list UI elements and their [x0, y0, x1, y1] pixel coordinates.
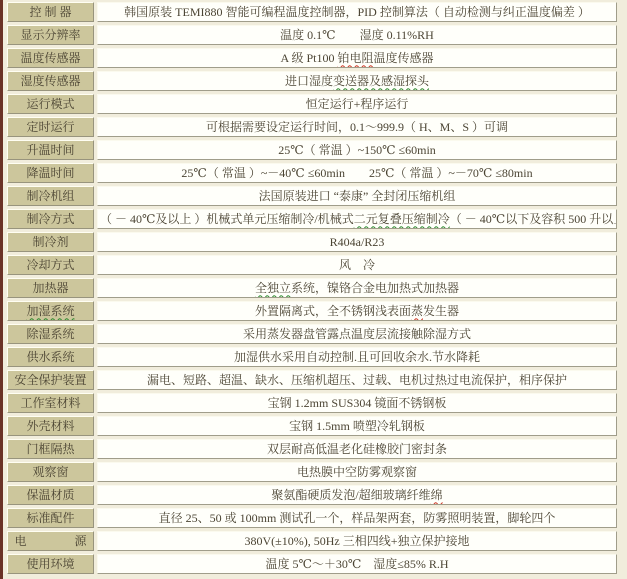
spec-label: 加湿系统 — [7, 301, 94, 321]
spec-label: 冷却方式 — [7, 255, 94, 275]
spec-row: 供水系统加湿供水采用自动控制.且可回收余水.节水降耗 — [7, 347, 617, 367]
spec-row: 加热器全独立系统，镍铬合金电加热式加热器 — [7, 278, 617, 298]
spec-value-segment: A 级 Pt100 — [280, 51, 337, 65]
spec-label: 降温时间 — [7, 163, 94, 183]
spec-label: 安全保护装置 — [7, 370, 94, 390]
spec-row: 制冷方式（ － 40℃及以上 ）机械式单元压缩制冷/机械式二元复叠压缩制冷（ －… — [7, 209, 617, 229]
spec-label: 制冷方式 — [7, 209, 94, 229]
spec-value-segment: 全独立 — [255, 281, 291, 295]
spec-label: 除湿系统 — [7, 324, 94, 344]
spec-row: 温度传感器A 级 Pt100 铂电阻温度传感器 — [7, 48, 617, 68]
spec-row: 门框隔热双层耐高低温老化硅橡胶门密封条 — [7, 439, 617, 459]
spec-value: 韩国原装 TEMI880 智能可编程温度控制器，PID 控制算法（ 自动检测与纠… — [97, 2, 617, 22]
spec-label: 保温材质 — [7, 485, 94, 505]
spec-value-segment: 二元复叠压缩制冷 — [354, 212, 450, 226]
spec-value: 外置隔离式，全不锈钢浅表面蒸发生器 — [97, 301, 617, 321]
spec-row: 湿度传感器进口湿度变送器及感湿探头 — [7, 71, 617, 91]
spec-value-segment: 进口湿度 — [285, 74, 333, 88]
spec-value-segment: 聚氨酯硬质发泡/超细玻璃纤维 — [271, 488, 430, 502]
spec-value: （ － 40℃及以上 ）机械式单元压缩制冷/机械式二元复叠压缩制冷（ － 40℃… — [97, 209, 617, 229]
spec-label: 工作室材料 — [7, 393, 94, 413]
spec-value-segment: 发生器 — [423, 304, 459, 318]
spec-page: 控 制 器韩国原装 TEMI880 智能可编程温度控制器，PID 控制算法（ 自… — [0, 0, 627, 579]
spec-row: 冷却方式风 冷 — [7, 255, 617, 275]
spec-table-body: 控 制 器韩国原装 TEMI880 智能可编程温度控制器，PID 控制算法（ 自… — [7, 2, 617, 574]
spec-label: 制冷机组 — [7, 186, 94, 206]
spec-label: 定时运行 — [7, 117, 94, 137]
spec-value-segment: （ － 40℃以下及容积 500 升以上 ） — [450, 212, 617, 226]
spec-label: 温度传感器 — [7, 48, 94, 68]
spec-label: 标准配件 — [7, 508, 94, 528]
spec-value: 温度 0.1℃ 湿度 0.11%RH — [97, 25, 617, 45]
spec-value: 宝钢 1.5mm 喷塑冷轧钢板 — [97, 416, 617, 436]
spec-row: 电 源380V(±10%), 50Hz 三相四线+独立保护接地 — [7, 531, 617, 551]
spec-label: 显示分辨率 — [7, 25, 94, 45]
spec-value-segment: 温度传感器 — [374, 51, 434, 65]
spec-value: 25℃（ 常温 ）~－40℃ ≤60min 25℃（ 常温 ）~－70℃ ≤80… — [97, 163, 617, 183]
spec-label: 加热器 — [7, 278, 94, 298]
spec-value-segment: 绵 — [431, 488, 443, 502]
spec-value: 进口湿度变送器及感湿探头 — [97, 71, 617, 91]
spec-row: 运行模式恒定运行+程序运行 — [7, 94, 617, 114]
spec-value: 宝钢 1.2mm SUS304 镜面不锈钢板 — [97, 393, 617, 413]
spec-label: 控 制 器 — [7, 2, 94, 22]
spec-value-segment: 蒸 — [411, 304, 423, 318]
spec-value-segment: 系统，镍铬合金电加热式加热器 — [291, 281, 459, 295]
spec-value: 可根据需要设定运行时间，0.1～999.9（ H、M、S ）可调 — [97, 117, 617, 137]
spec-value: 风 冷 — [97, 255, 617, 275]
spec-row: 加湿系统外置隔离式，全不锈钢浅表面蒸发生器 — [7, 301, 617, 321]
spec-label: 门框隔热 — [7, 439, 94, 459]
spec-label: 运行模式 — [7, 94, 94, 114]
spec-value: 全独立系统，镍铬合金电加热式加热器 — [97, 278, 617, 298]
spec-row: 控 制 器韩国原装 TEMI880 智能可编程温度控制器，PID 控制算法（ 自… — [7, 2, 617, 22]
spec-value: 380V(±10%), 50Hz 三相四线+独立保护接地 — [97, 531, 617, 551]
spec-value: 直径 25、50 或 100mm 测试孔一个，样品架两套，防雾照明装置，脚轮四个 — [97, 508, 617, 528]
spec-label: 制冷剂 — [7, 232, 94, 252]
spec-value: 聚氨酯硬质发泡/超细玻璃纤维绵 — [97, 485, 617, 505]
spec-value-segment: 外置隔离式，全不锈钢浅表面 — [255, 304, 411, 318]
spec-value: R404a/R23 — [97, 232, 617, 252]
spec-label: 湿度传感器 — [7, 71, 94, 91]
spec-label: 外壳材料 — [7, 416, 94, 436]
spec-row: 除湿系统采用蒸发器盘管露点温度层流接触除湿方式 — [7, 324, 617, 344]
spec-value: 恒定运行+程序运行 — [97, 94, 617, 114]
spec-value-segment: 铂电阻 — [337, 51, 373, 65]
spec-row: 安全保护装置漏电、短路、超温、缺水、压缩机超压、过载、电机过热过电流保护，相序保… — [7, 370, 617, 390]
spec-row: 保温材质聚氨酯硬质发泡/超细玻璃纤维绵 — [7, 485, 617, 505]
spec-value: 双层耐高低温老化硅橡胶门密封条 — [97, 439, 617, 459]
spec-value: 温度 5℃～＋30℃ 湿度≤85% R.H — [97, 554, 617, 574]
spec-row: 降温时间25℃（ 常温 ）~－40℃ ≤60min 25℃（ 常温 ）~－70℃… — [7, 163, 617, 183]
spec-row: 使用环境温度 5℃～＋30℃ 湿度≤85% R.H — [7, 554, 617, 574]
spec-value: 采用蒸发器盘管露点温度层流接触除湿方式 — [97, 324, 617, 344]
spec-value: A 级 Pt100 铂电阻温度传感器 — [97, 48, 617, 68]
spec-row: 观察窗电热膜中空防雾观察窗 — [7, 462, 617, 482]
page-left-border — [0, 0, 3, 579]
spec-row: 显示分辨率温度 0.1℃ 湿度 0.11%RH — [7, 25, 617, 45]
spec-value: 电热膜中空防雾观察窗 — [97, 462, 617, 482]
spec-label: 使用环境 — [7, 554, 94, 574]
spec-row: 外壳材料宝钢 1.5mm 喷塑冷轧钢板 — [7, 416, 617, 436]
spec-value-segment: （ － 40℃及以上 ）机械式单元压缩制冷/机械式 — [100, 212, 354, 226]
spec-row: 制冷剂R404a/R23 — [7, 232, 617, 252]
spec-row: 升温时间25℃（ 常温 ）~150℃ ≤60min — [7, 140, 617, 160]
spec-row: 标准配件直径 25、50 或 100mm 测试孔一个，样品架两套，防雾照明装置，… — [7, 508, 617, 528]
spec-table: 控 制 器韩国原装 TEMI880 智能可编程温度控制器，PID 控制算法（ 自… — [4, 0, 620, 577]
spec-row: 制冷机组法国原装进口 “泰康” 全封闭压缩机组 — [7, 186, 617, 206]
spec-value: 加湿供水采用自动控制.且可回收余水.节水降耗 — [97, 347, 617, 367]
spec-value: 法国原装进口 “泰康” 全封闭压缩机组 — [97, 186, 617, 206]
spec-value-segment: 变送器及感湿探头 — [333, 74, 429, 88]
spec-label: 观察窗 — [7, 462, 94, 482]
spec-row: 工作室材料宝钢 1.2mm SUS304 镜面不锈钢板 — [7, 393, 617, 413]
spec-value: 25℃（ 常温 ）~150℃ ≤60min — [97, 140, 617, 160]
spec-row: 定时运行可根据需要设定运行时间，0.1～999.9（ H、M、S ）可调 — [7, 117, 617, 137]
spec-label: 电 源 — [7, 531, 94, 551]
spec-label: 升温时间 — [7, 140, 94, 160]
spec-value: 漏电、短路、超温、缺水、压缩机超压、过载、电机过热过电流保护，相序保护 — [97, 370, 617, 390]
spec-label: 供水系统 — [7, 347, 94, 367]
